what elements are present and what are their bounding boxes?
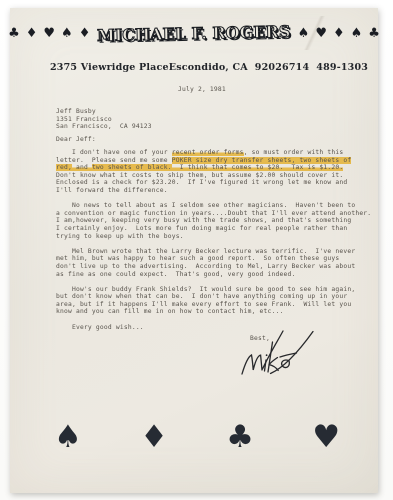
body-text: I'll forward the difference. [56, 187, 168, 194]
body-line: Don't know what it costs to ship them, b… [56, 172, 371, 180]
club-suit-icon: ♣ [368, 27, 380, 40]
body-line: Enclosed is a check for $23.20. If I've … [56, 179, 371, 187]
recipient-line: San Francisco, CA 94123 [56, 123, 152, 131]
highlighted-text: I think that comes to $20. Tax is $1.20. [172, 164, 344, 171]
body-line: area, but if it happens I'll make every … [56, 301, 371, 309]
heart-suit-icon: ♥ [315, 27, 327, 40]
recipient-line: 1351 Francisco [56, 116, 152, 124]
body-line: met him, but was happy to hear such a go… [56, 255, 371, 263]
body-line: don't live up to the advertising. Accord… [56, 263, 371, 271]
letterhead-suits-left: ♣♦♥♠♦ [8, 27, 90, 40]
body-text: know and you can fill me in on how to co… [56, 308, 284, 315]
body-text: trying to keep up with the boys. [56, 233, 184, 240]
body-line: red, and two sheets of black. I think th… [56, 164, 371, 172]
paragraph: Every good wish... [56, 324, 371, 332]
recipient-address: Jeff Busby1351 FranciscoSan Francisco, C… [56, 108, 152, 131]
heart-suit-icon: ♥ [312, 422, 340, 453]
body-text: I am,however, keeping very busy with the… [56, 217, 351, 224]
letterhead-name: MICHAEL F. ROGERS [97, 22, 291, 45]
spade-suit-icon: ♠ [61, 27, 73, 40]
paragraph: I don't have one of your recent order fo… [56, 149, 371, 195]
recipient-line: Jeff Busby [56, 108, 152, 116]
body-text: I don't have one of your [56, 149, 172, 156]
body-line: Every good wish... [56, 324, 371, 332]
highlighted-text: two sheets of black. [92, 164, 172, 171]
body-text: Mel Brown wrote that the Larry Becker le… [56, 248, 355, 255]
highlighted-text: recent order forms [172, 149, 244, 156]
paragraph: No news to tell about as I seldom see ot… [56, 202, 371, 240]
highlighted-text: red, [56, 164, 72, 171]
body-line: but don't know when that can be. I don't… [56, 293, 371, 301]
body-line: Mel Brown wrote that the Larry Becker le… [56, 248, 371, 256]
body-line: I am,however, keeping very busy with the… [56, 217, 371, 225]
diamond-suit-icon: ♦ [79, 27, 91, 40]
footer-suits: ♠♦♣♥ [54, 422, 340, 453]
paragraph: How's our buddy Frank Shields? It would … [56, 286, 371, 316]
body-line: I don't have one of your recent order fo… [56, 149, 371, 157]
body-line: How's our buddy Frank Shields? It would … [56, 286, 371, 294]
salutation: Dear Jeff: [56, 136, 96, 143]
body-text: but don't know when that can be. I don't… [56, 293, 347, 300]
letterhead-phone: 714 489-1303 [289, 62, 368, 73]
body-text: No news to tell about as I seldom see ot… [56, 202, 355, 209]
body-text: Every good wish... [56, 324, 144, 331]
paragraph: Mel Brown wrote that the Larry Becker le… [56, 248, 371, 278]
body-text: , so must order with this [244, 149, 344, 156]
spade-suit-icon: ♠ [298, 27, 310, 40]
letter-paper: ♣♦♥♠♦ MICHAEL F. ROGERS ♠♥♦♠♣ 2375 Viewr… [10, 8, 378, 493]
body-text: I certainly enjoy. Lots more fun doing m… [56, 225, 347, 232]
body-text: letter. Please send me some [56, 157, 172, 164]
club-suit-icon: ♣ [226, 422, 254, 453]
body-text: a convention or magic function in years.… [56, 210, 371, 217]
letter-body: I don't have one of your recent order fo… [56, 149, 371, 339]
letterhead-address-row: 2375 Viewridge Place Escondido, CA 92026… [50, 62, 346, 73]
body-line: No news to tell about as I seldom see ot… [56, 202, 371, 210]
body-text: as fine as one could expect. That's good… [56, 271, 295, 278]
body-line: as fine as one could expect. That's good… [56, 271, 371, 279]
spade-suit-icon: ♠ [54, 422, 82, 453]
body-line: I'll forward the difference. [56, 187, 371, 195]
letter-date: July 2, 1981 [178, 86, 226, 93]
club-suit-icon: ♣ [8, 27, 20, 40]
letterhead-suits-right: ♠♥♦♠♣ [298, 27, 380, 40]
body-line: trying to keep up with the boys. [56, 233, 371, 241]
diamond-suit-icon: ♦ [26, 27, 38, 40]
highlighted-text: and [72, 164, 92, 171]
body-line: know and you can fill me in on how to co… [56, 308, 371, 316]
body-text: Enclosed is a check for $23.20. If I've … [56, 179, 347, 186]
body-line: a convention or magic function in years.… [56, 210, 371, 218]
letterhead-city: Escondido, CA 92026 [169, 62, 289, 73]
body-line: letter. Please send me some POKER size d… [56, 157, 371, 165]
spade-suit-icon: ♠ [351, 27, 363, 40]
heart-suit-icon: ♥ [43, 27, 55, 40]
body-text: How's our buddy Frank Shields? It would … [56, 286, 355, 293]
signature-handwritten [238, 327, 318, 383]
body-text: met him, but was happy to hear such a go… [56, 255, 339, 262]
letterhead-street: 2375 Viewridge Place [50, 62, 169, 73]
body-text: don't live up to the advertising. Accord… [56, 263, 355, 270]
body-line: I certainly enjoy. Lots more fun doing m… [56, 225, 371, 233]
diamond-suit-icon: ♦ [333, 27, 345, 40]
diamond-suit-icon: ♦ [140, 422, 168, 453]
letterhead: ♣♦♥♠♦ MICHAEL F. ROGERS ♠♥♦♠♣ [10, 24, 378, 43]
highlighted-text: POKER size dry transfer sheets, two shee… [172, 157, 352, 164]
body-text: Don't know what it costs to ship them, b… [56, 172, 343, 179]
body-text: area, but if it happens I'll make every … [56, 301, 351, 308]
